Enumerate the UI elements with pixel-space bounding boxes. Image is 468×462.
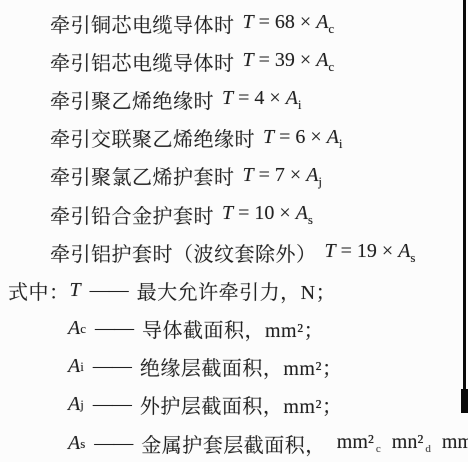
coefficient: 68 bbox=[275, 11, 295, 33]
equals-sign: = bbox=[259, 164, 270, 186]
var-T: T bbox=[325, 240, 336, 262]
definition-dash: —— bbox=[93, 355, 131, 378]
times-sign: × bbox=[279, 202, 290, 224]
formula-expression: T=10×As bbox=[222, 202, 313, 226]
var-A-subscript: i bbox=[339, 136, 343, 151]
formula-expression: T=68×Ac bbox=[243, 11, 335, 35]
unit-mark: c bbox=[376, 443, 381, 455]
equals-sign: = bbox=[238, 202, 249, 224]
formula-label: 牵引聚氯乙烯护套时 bbox=[50, 161, 235, 190]
times-sign: × bbox=[310, 126, 321, 148]
var-A-subscript: j bbox=[318, 174, 322, 189]
unit-base: mn² bbox=[392, 431, 424, 453]
equals-sign: = bbox=[259, 49, 270, 71]
definition-dash: —— bbox=[93, 393, 131, 416]
page-edge-vertical-line-foot bbox=[461, 389, 468, 413]
formula-line-copper-conductor: 牵引铜芯电缆导体时 T=68×Ac bbox=[0, 4, 468, 42]
where-clause-line: 式中： T —— 最大允许牵引力，N； bbox=[0, 271, 468, 309]
unit-base: mm² bbox=[337, 431, 374, 453]
var-A: A bbox=[68, 432, 80, 455]
formula-label: 牵引铝芯电缆导体时 bbox=[50, 47, 235, 76]
formula-line-pe-insulation: 牵引聚乙烯绝缘时 T=4×Ai bbox=[0, 80, 468, 118]
var-T: T bbox=[222, 87, 233, 109]
definition-dash: —— bbox=[95, 317, 133, 340]
var-A-subscript: c bbox=[328, 21, 334, 36]
definition-description: 金属护套层截面积， bbox=[141, 429, 326, 458]
var-T: T bbox=[243, 49, 254, 71]
var-T: T bbox=[263, 126, 274, 148]
var-A-subscript: s bbox=[80, 437, 85, 450]
formula-line-lead-alloy-sheath: 牵引铅合金护套时 T=10×As bbox=[0, 195, 468, 233]
formula-expression: T=4×Ai bbox=[222, 87, 302, 111]
times-sign: × bbox=[300, 49, 311, 71]
var-A: A bbox=[68, 393, 80, 416]
page-edge-vertical-line bbox=[463, 0, 466, 413]
text-block: 牵引铜芯电缆导体时 T=68×Ac 牵引铝芯电缆导体时 T=39×Ac 牵引聚乙… bbox=[0, 0, 468, 462]
times-sign: × bbox=[290, 164, 301, 186]
equals-sign: = bbox=[238, 87, 249, 109]
formula-line-xlpe-insulation: 牵引交联聚乙烯绝缘时 T=6×Ai bbox=[0, 119, 468, 157]
coefficient: 39 bbox=[275, 49, 295, 71]
var-T: T bbox=[243, 11, 254, 33]
definition-line-Ai: Ai —— 绝缘层截面积，mm²； bbox=[0, 348, 468, 386]
var-A: A bbox=[68, 317, 80, 340]
definition-line-As: As —— 金属护套层截面积， mm²c mn²d mm²c bbox=[0, 424, 468, 462]
var-A: A bbox=[316, 11, 328, 33]
formula-expression: T=39×Ac bbox=[243, 49, 335, 73]
formula-label: 牵引聚乙烯绝缘时 bbox=[50, 85, 214, 114]
var-A-subscript: j bbox=[80, 398, 84, 411]
var-T: T bbox=[243, 164, 254, 186]
coefficient: 7 bbox=[275, 164, 285, 186]
unit-token: mm²c bbox=[337, 431, 381, 455]
times-sign: × bbox=[382, 240, 393, 262]
definition-dash: —— bbox=[90, 279, 128, 302]
times-sign: × bbox=[300, 11, 311, 33]
var-A-subscript: i bbox=[298, 97, 302, 112]
where-description: 最大允许牵引力，N； bbox=[137, 276, 336, 305]
formula-label: 牵引铝护套时（波纹套除外） bbox=[50, 238, 317, 267]
var-A: A bbox=[286, 87, 298, 109]
equals-sign: = bbox=[341, 240, 352, 262]
var-A-subscript: i bbox=[80, 360, 84, 373]
var-T: T bbox=[70, 279, 81, 302]
definition-line-Aj: Aj —— 外护层截面积，mm²； bbox=[0, 386, 468, 424]
coefficient: 19 bbox=[357, 240, 377, 262]
formula-line-aluminum-conductor: 牵引铝芯电缆导体时 T=39×Ac bbox=[0, 42, 468, 80]
var-A-subscript: s bbox=[410, 250, 415, 265]
var-A: A bbox=[327, 126, 339, 148]
formula-line-aluminum-sheath: 牵引铝护套时（波纹套除外） T=19×As bbox=[0, 233, 468, 271]
coefficient: 10 bbox=[254, 202, 274, 224]
definition-line-Ac: Ac —— 导体截面积，mm²； bbox=[0, 310, 468, 348]
coefficient: 4 bbox=[254, 87, 264, 109]
formula-expression: T=6×Ai bbox=[263, 126, 343, 150]
where-prefix: 式中： bbox=[8, 276, 70, 305]
var-T: T bbox=[222, 202, 233, 224]
var-A-subscript: s bbox=[308, 212, 313, 227]
definition-dash: —— bbox=[94, 432, 132, 455]
coefficient: 6 bbox=[295, 126, 305, 148]
definition-description: 导体截面积，mm²； bbox=[142, 314, 324, 343]
formula-expression: T=19×As bbox=[325, 240, 416, 264]
equals-sign: = bbox=[259, 11, 270, 33]
formula-label: 牵引交联聚乙烯绝缘时 bbox=[50, 123, 255, 152]
var-A: A bbox=[306, 164, 318, 186]
times-sign: × bbox=[269, 87, 280, 109]
formula-expression: T=7×Aj bbox=[243, 164, 323, 188]
unit-base: mm² bbox=[442, 431, 468, 453]
formula-line-pvc-sheath: 牵引聚氯乙烯护套时 T=7×Aj bbox=[0, 157, 468, 195]
formula-label: 牵引铜芯电缆导体时 bbox=[50, 9, 235, 38]
unit-mark: d bbox=[425, 443, 431, 455]
var-A-subscript: c bbox=[328, 59, 334, 74]
definition-description: 外护层截面积，mm²； bbox=[140, 390, 343, 419]
unit-token: mn²d bbox=[392, 431, 431, 455]
var-A: A bbox=[316, 49, 328, 71]
scanned-document-page: 牵引铜芯电缆导体时 T=68×Ac 牵引铝芯电缆导体时 T=39×Ac 牵引聚乙… bbox=[0, 0, 468, 462]
var-A: A bbox=[398, 240, 410, 262]
equals-sign: = bbox=[279, 126, 290, 148]
var-A: A bbox=[68, 355, 80, 378]
var-A: A bbox=[296, 202, 308, 224]
formula-label: 牵引铅合金护套时 bbox=[50, 200, 214, 229]
definition-description: 绝缘层截面积，mm²； bbox=[140, 352, 343, 381]
var-A-subscript: c bbox=[80, 322, 86, 335]
unit-token: mm²c bbox=[442, 431, 468, 455]
